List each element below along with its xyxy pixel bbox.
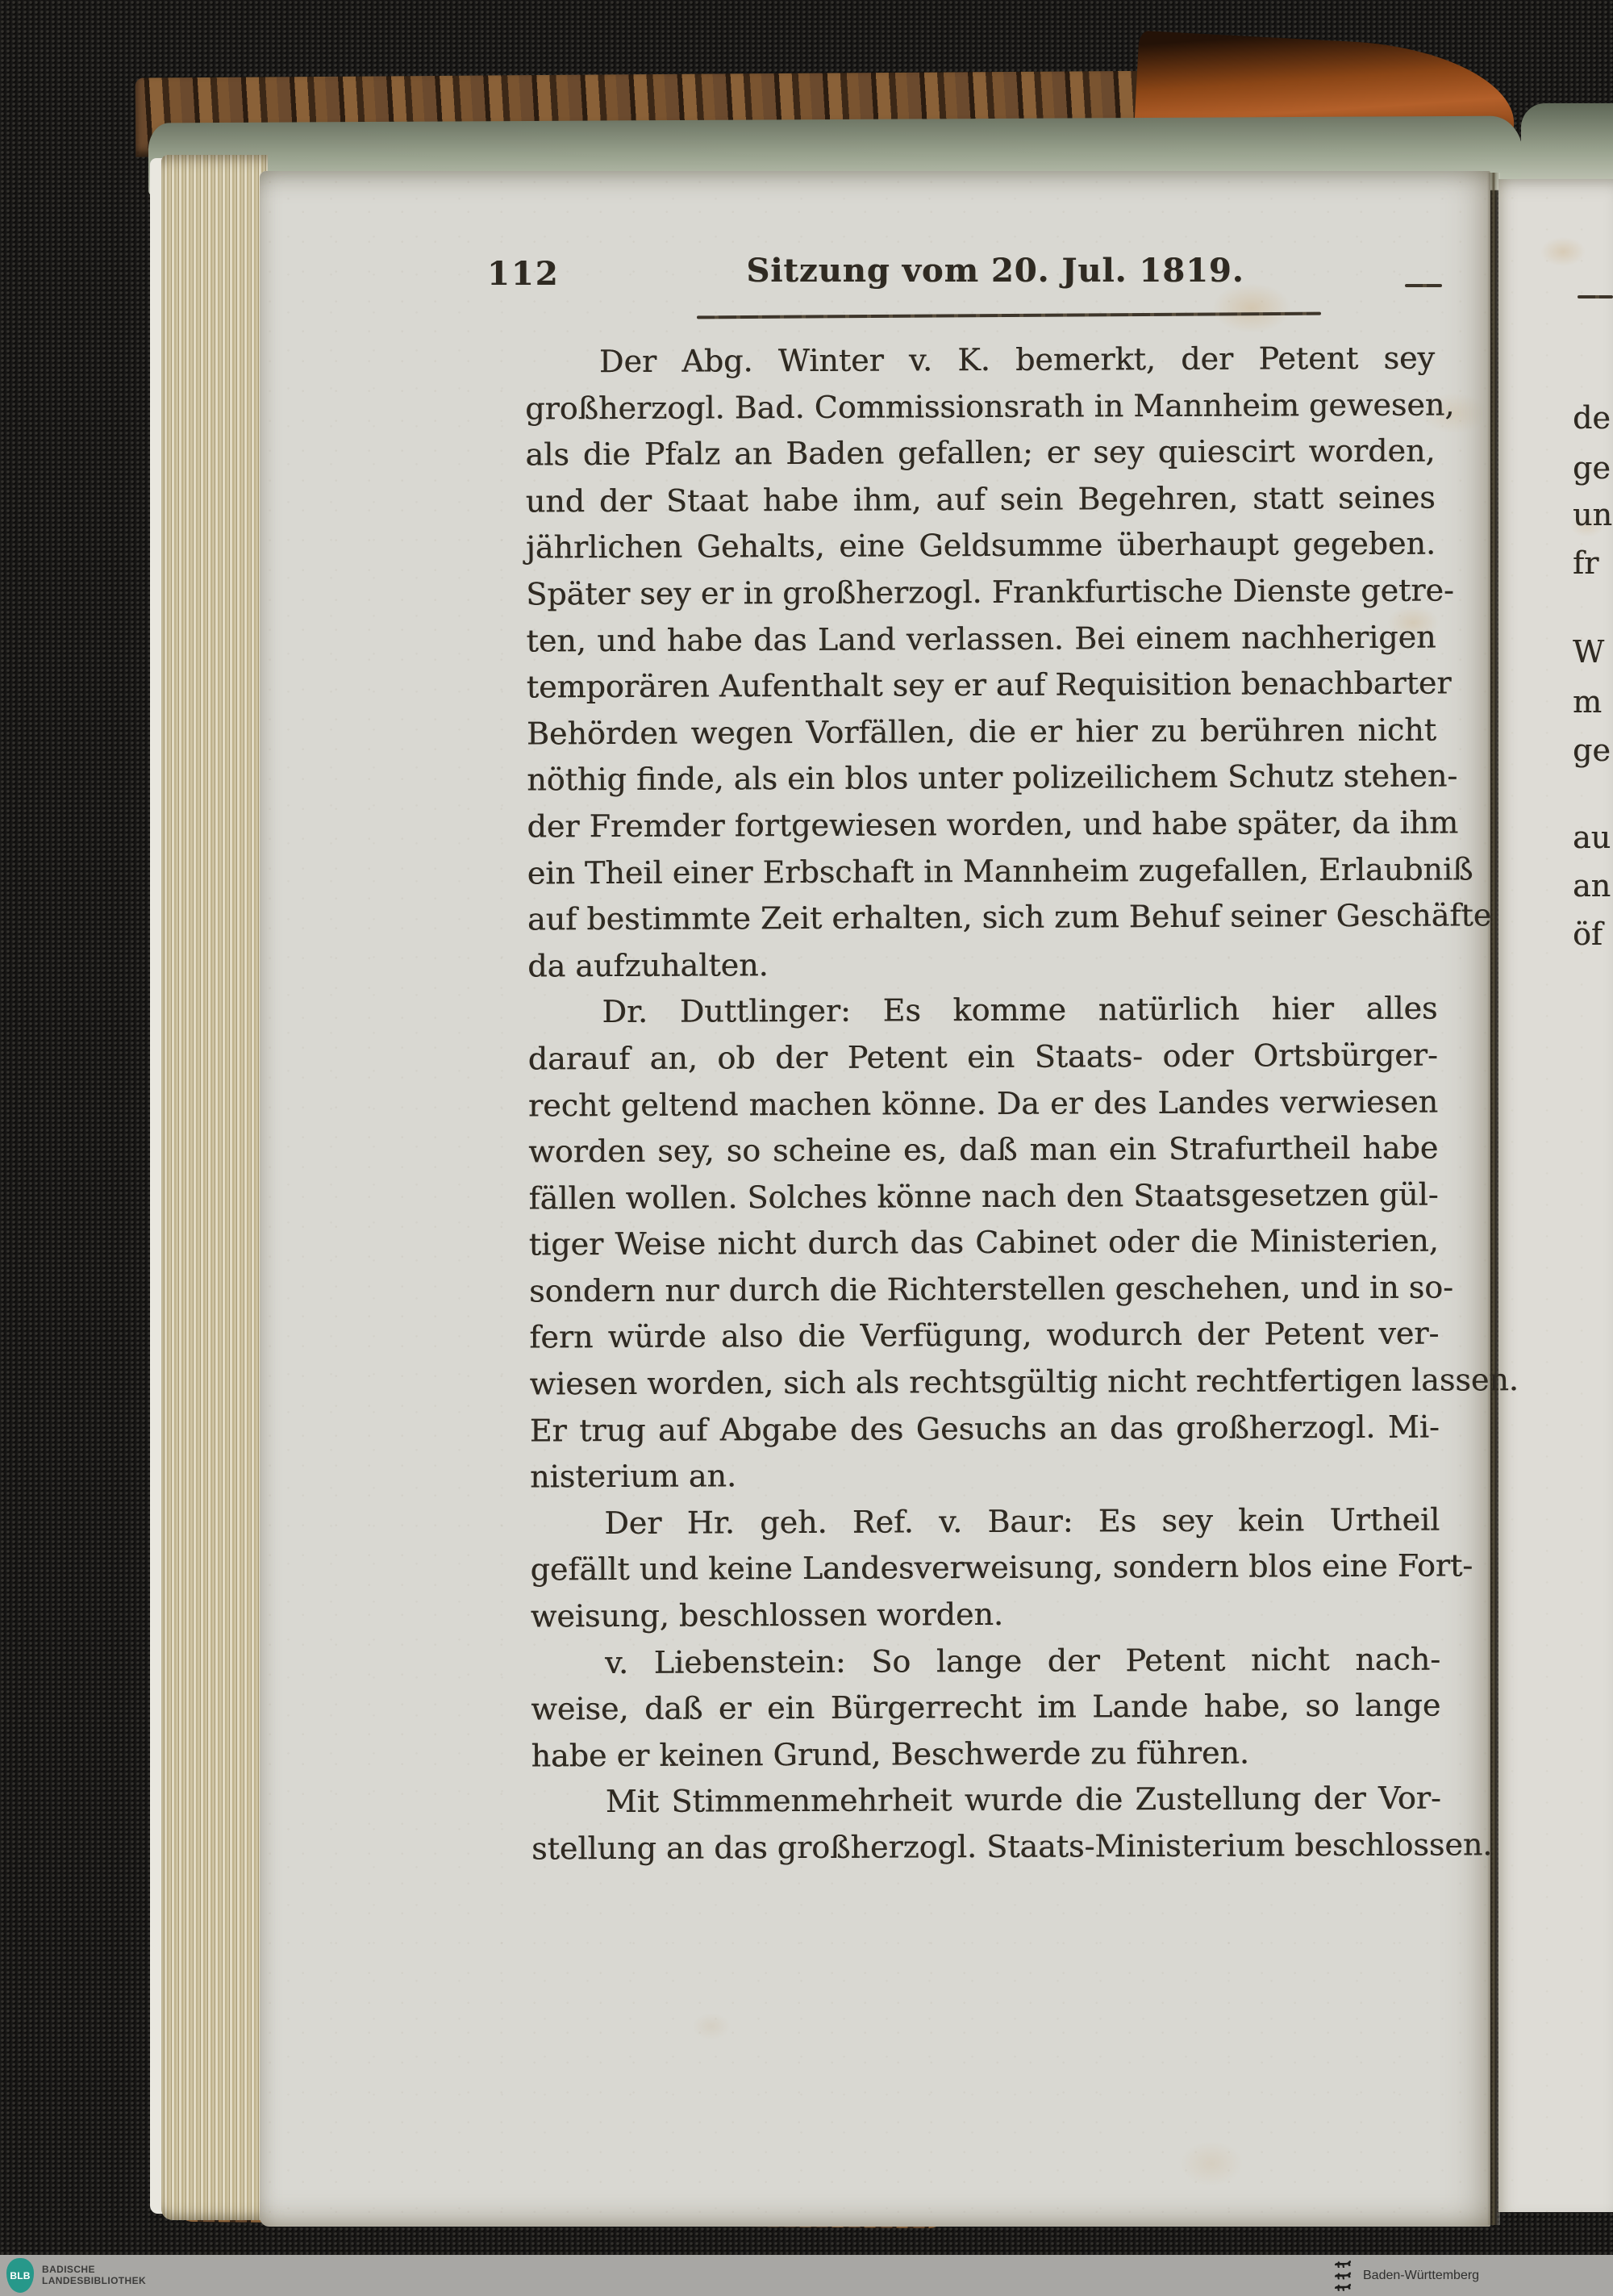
text-block: Der Abg. Winter v. K. bemerkt, der Peten… — [525, 336, 1441, 1872]
next-page-text-fragment: öf — [1573, 916, 1603, 952]
next-page-text-fragment: m — [1573, 684, 1602, 720]
text-line: fällen wollen. Solches könne nach den St… — [528, 1171, 1438, 1222]
text-line: wiesen worden, sich als rechtsgültig nic… — [529, 1358, 1439, 1409]
next-page-text-fragment: de — [1573, 400, 1611, 436]
page-stack-fore-edge — [161, 155, 268, 2220]
text-line: Mit Stimmenmehrheit wurde die Zustellung… — [531, 1776, 1441, 1826]
text-line: Der Hr. geh. Ref. v. Baur: Es sey kein U… — [530, 1497, 1440, 1547]
text-line: gefällt und keine Landesverweisung, sond… — [530, 1543, 1440, 1594]
text-line: worden sey, so scheine es, daß man ein S… — [528, 1125, 1438, 1176]
blb-logo-text: BLB — [10, 2270, 30, 2281]
page-number: 112 — [487, 255, 560, 293]
baden-wuerttemberg-logo: Baden-Württemberg — [1332, 2257, 1479, 2294]
blb-library-name-line1: BADISCHE — [42, 2264, 146, 2275]
text-line: tiger Weise nicht durch das Cabinet oder… — [529, 1218, 1439, 1269]
text-line: jährlichen Gehalts, eine Geldsumme überh… — [526, 521, 1436, 572]
page-header: Sitzung vom 20. Jul. 1819. — [716, 252, 1274, 290]
text-line: fern würde also die Verfügung, wodurch d… — [529, 1311, 1439, 1362]
next-page-text-fragment: an — [1573, 868, 1611, 904]
text-line: nisterium an. — [530, 1451, 1440, 1501]
next-page-text-fragment: au — [1573, 820, 1611, 855]
text-line: da aufzuhalten. — [527, 939, 1437, 990]
text-line: weisung, beschlossen worden. — [531, 1590, 1440, 1641]
text-line: Dr. Duttlinger: Es komme natürlich hier … — [527, 986, 1437, 1037]
text-line: der Fremder fortgewiesen worden, und hab… — [527, 799, 1436, 850]
blb-library-name: BADISCHE LANDESBIBLIOTHEK — [42, 2264, 146, 2286]
baden-wuerttemberg-label: Baden-Württemberg — [1363, 2269, 1479, 2283]
text-line: Der Abg. Winter v. K. bemerkt, der Peten… — [525, 336, 1435, 386]
text-line: ten, und habe das Land verlassen. Bei ei… — [526, 614, 1436, 665]
header-rule-fragment-left — [1405, 284, 1442, 287]
text-line: großherzogl. Bad. Commissionsrath in Man… — [525, 382, 1435, 432]
text-line: Er trug auf Abgabe des Gesuchs an das gr… — [530, 1404, 1440, 1455]
next-page-text-fragments: degeunfrWmgeauanöf — [1568, 0, 1613, 2296]
next-page-text-fragment: fr — [1573, 545, 1598, 581]
text-line: weise, daß er ein Bürgerrecht im Lande h… — [531, 1683, 1440, 1734]
text-line: habe er keinen Grund, Beschwerde zu führ… — [531, 1729, 1440, 1780]
text-line: recht geltend machen könne. Da er des La… — [528, 1079, 1438, 1129]
text-line: und der Staat habe ihm, auf sein Begehre… — [526, 474, 1436, 525]
blb-library-name-line2: LANDESBIBLIOTHEK — [42, 2275, 146, 2286]
text-line: sondern nur durch die Richterstellen ges… — [529, 1264, 1439, 1315]
text-line: darauf an, ob der Petent ein Staats- ode… — [528, 1032, 1438, 1083]
next-page-text-fragment: ge — [1573, 733, 1611, 768]
text-line: nöthig finde, als ein blos unter polizei… — [527, 754, 1436, 804]
text-line: temporären Aufenthalt sey er auf Requisi… — [527, 661, 1436, 712]
next-page-text-fragment: ge — [1573, 450, 1611, 486]
text-line: Später sey er in großherzogl. Frankfurti… — [526, 568, 1436, 619]
text-line: auf bestimmte Zeit erhalten, sich zum Be… — [527, 893, 1437, 944]
next-page-text-fragment: un — [1573, 497, 1612, 532]
text-line: Behörden wegen Vorfällen, die er hier zu… — [527, 707, 1436, 758]
three-lions-icon — [1332, 2259, 1355, 2293]
text-line: stellung an das großherzogl. Staats-Mini… — [531, 1822, 1441, 1873]
text-line: ein Theil einer Erbschaft in Mannheim zu… — [527, 846, 1437, 897]
text-line: als die Pfalz an Baden gefallen; er sey … — [525, 428, 1435, 479]
text-line: v. Liebenstein: So lange der Petent nich… — [531, 1636, 1440, 1687]
next-page-text-fragment: W — [1573, 634, 1604, 670]
